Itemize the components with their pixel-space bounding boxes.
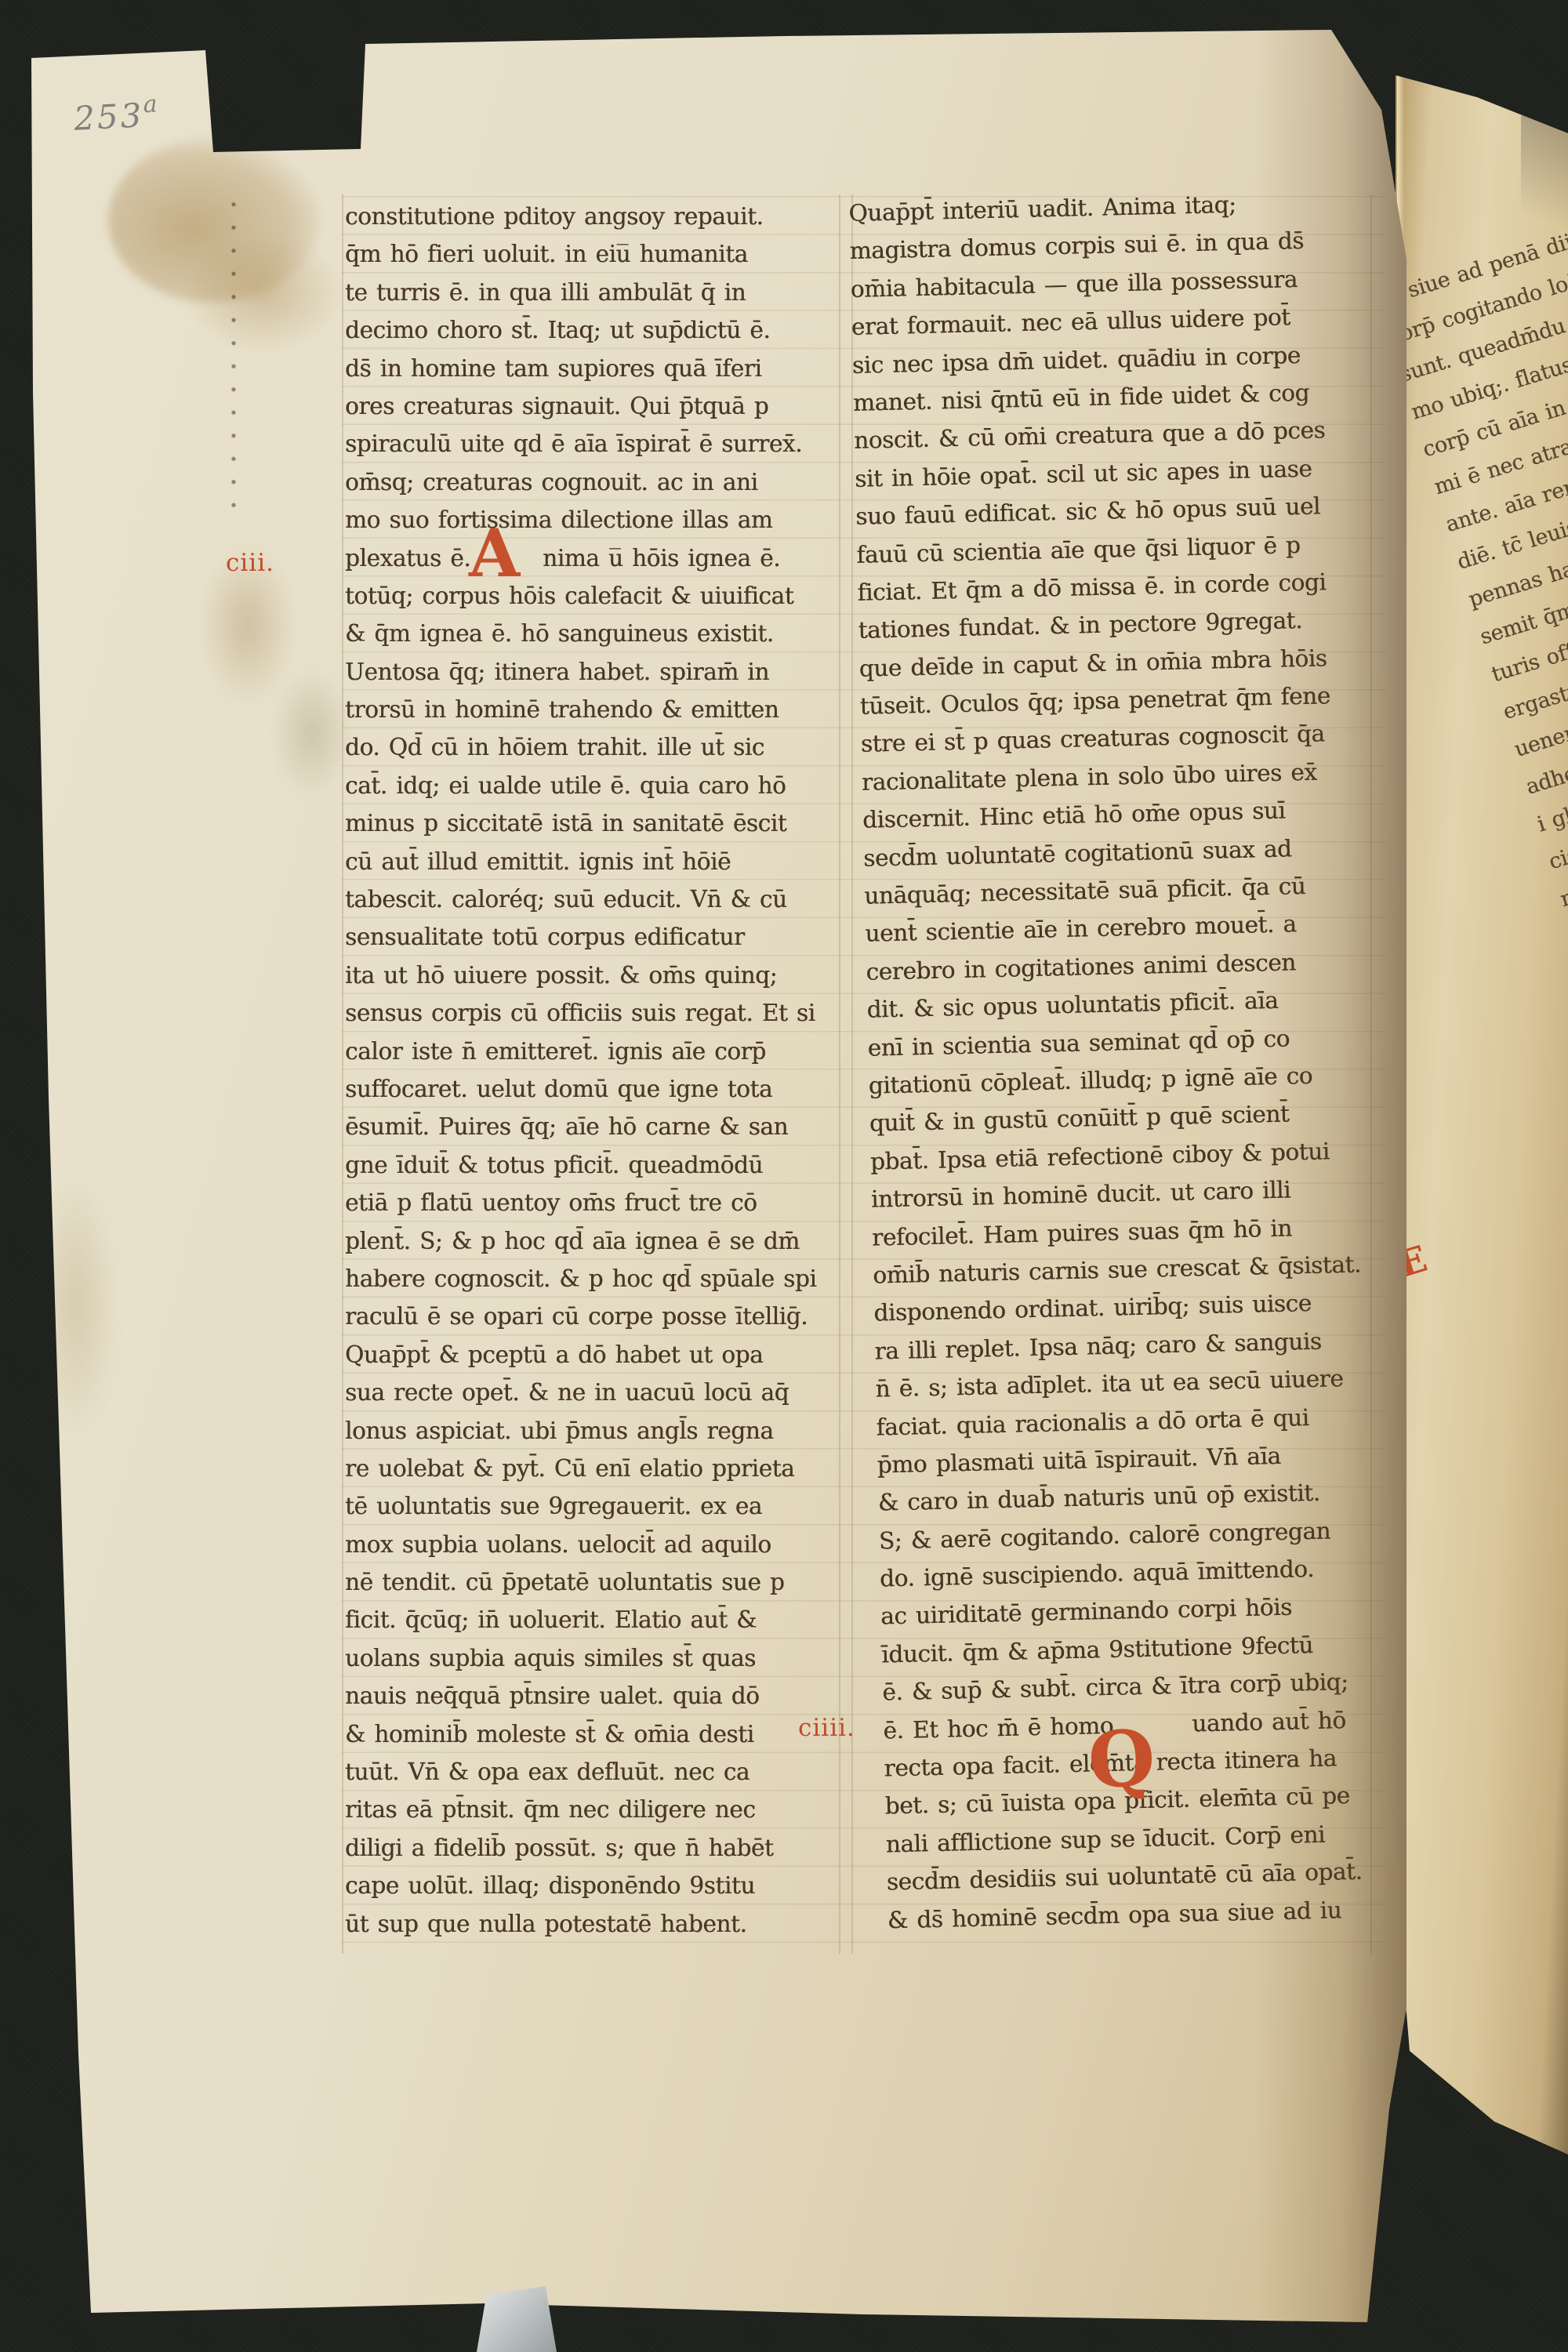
manuscript-text-line: te turris ē. in qua illi ambulāt q̄ in bbox=[345, 274, 853, 311]
chapter-number-ciii: ciii. bbox=[226, 549, 274, 577]
manuscript-text-line: plent̄. S; & p hoc qd̄ aīa ignea ē se dm… bbox=[345, 1222, 853, 1260]
manuscript-text-line: ficit. q̄cūq; in̄ uoluerit. Elatio aut̄ … bbox=[345, 1601, 853, 1639]
manuscript-text-line: sensualitate totū corpus edificatur bbox=[345, 918, 853, 956]
manuscript-text-line: Uentosa q̄q; itinera habet. spiram̄ in bbox=[345, 653, 853, 691]
prick-marks bbox=[229, 193, 238, 518]
manuscript-text-line: trorsū in hominē trahendo & emitten bbox=[345, 691, 853, 728]
rubric-initial-q: Q bbox=[1086, 1720, 1156, 1800]
manuscript-text-line: plexatus ē. nima u̅ hōis ignea ē. bbox=[345, 539, 853, 577]
manuscript-text-line: sensus corpis cū officiis suis regat. Et… bbox=[345, 994, 853, 1032]
manuscript-text-line: & hominib̄ moleste st̄ & om̄ia desti bbox=[345, 1715, 853, 1753]
manuscript-text-line: nē tendit. cū p̄petatē uoluntatis sue p bbox=[345, 1563, 853, 1601]
manuscript-text-line: tuūt. Vn̄ & opa eax defluūt. nec ca bbox=[345, 1753, 853, 1791]
manuscript-text-line: cū aut̄ illud emittit. ignis int̄ hōiē bbox=[345, 843, 853, 880]
manuscript-text-line: etiā p flatū uentoy om̄s fruct̄ tre cō bbox=[345, 1184, 853, 1221]
manuscript-text-line: cape uolūt. illaq; disponēndo 9stitu bbox=[345, 1867, 853, 1904]
manuscript-text-line: decimo choro st̄. Itaq; ut sup̄dictū ē. bbox=[345, 311, 853, 349]
manuscript-text-line: ores creaturas signauit. Qui p̄tquā p bbox=[345, 387, 853, 425]
manuscript-text-line: mox supbia uolans. uelocit̄ ad aquilo bbox=[345, 1526, 853, 1563]
manuscript-text-line: re uolebat & pyt̄. Cū enī elatio pprieta bbox=[345, 1450, 853, 1487]
manuscript-text-line: constitutione pditoy angsoy repauit. bbox=[345, 198, 853, 235]
manuscript-text-line: suffocaret. uelut domū que igne tota bbox=[345, 1070, 853, 1108]
manuscript-text-line: sua recte opet̄. & ne in uacuū locū aq̄ bbox=[345, 1374, 853, 1411]
folio-number-pencil: 253a bbox=[73, 90, 162, 138]
manuscript-page: 253a constitutione pditoy angsoy repauit… bbox=[0, 0, 1568, 2352]
manuscript-text-line: Quap̄pt̄ & pceptū a dō habet ut opa bbox=[345, 1336, 853, 1374]
manuscript-text-line: gne īduit̄ & totus pficit̄. queadmōdū bbox=[345, 1146, 853, 1184]
parchment-stain bbox=[274, 673, 349, 794]
manuscript-text-line: mo suo fortissima dilectione illas am bbox=[345, 501, 853, 539]
manuscript-text-line: om̄sq; creaturas cognouit. ac in ani bbox=[345, 463, 853, 501]
manuscript-text-line: ritas eā pt̄nsit. q̄m nec diligere nec bbox=[345, 1791, 853, 1828]
manuscript-text-line: nauis neq̄quā pt̄nsire ualet. quia dō bbox=[345, 1677, 853, 1715]
manuscript-text-line: tē uoluntatis sue 9gregauerit. ex ea bbox=[345, 1487, 853, 1525]
manuscript-text-line: habere cognoscit. & p hoc qd̄ spūale spi bbox=[345, 1260, 853, 1298]
manuscript-text-line: minus p siccitatē istā in sanitatē ēscit bbox=[345, 804, 853, 842]
text-column-left: constitutione pditoy angsoy repauit.q̄m … bbox=[345, 198, 853, 1943]
folio-digits: 253 bbox=[73, 96, 145, 138]
manuscript-text-line: lonus aspiciat. ubi p̄mus angl̄s regna bbox=[345, 1412, 853, 1450]
manuscript-text-line: spiraculū uite qd ē aīa īspirat̄ ē surre… bbox=[345, 425, 853, 463]
ruling-vertical bbox=[342, 194, 343, 1954]
next-folio-text: cā siue ad penā diiudicat. Et acorp̄ cog… bbox=[1396, 126, 1568, 1932]
manuscript-text-line: q̄m hō fieri uoluit. in eiu̅ humanita bbox=[345, 235, 853, 273]
gutter-shadow bbox=[1254, 0, 1411, 2352]
manuscript-text-line: ūt sup que nulla potestatē habent. bbox=[345, 1905, 853, 1943]
manuscript-text-line: calor iste n̄ emitteret̄. ignis aīe corp… bbox=[345, 1033, 853, 1070]
manuscript-text-line: tabescit. caloréq; suū educit. Vn̄ & cū bbox=[345, 880, 853, 918]
manuscript-text-line: ds̄ in homine tam supiores quā īferi bbox=[345, 350, 853, 387]
manuscript-text-line: uolans supbia aquis similes st̄ quas bbox=[345, 1639, 853, 1677]
manuscript-text-line: totūq; corpus hōis calefacit & uiuificat bbox=[345, 577, 853, 615]
manuscript-text-line: diligi a fidelib̄ possūt. s; que n̄ habē… bbox=[345, 1829, 853, 1867]
manuscript-text-line: cat̄. idq; ei ualde utile ē. quia caro h… bbox=[345, 767, 853, 804]
parchment-stain bbox=[187, 234, 339, 351]
chapter-number-ciiii: ciiii. bbox=[798, 1714, 855, 1742]
manuscript-text-line: ita ut hō uiuere possit. & om̄s quinq; bbox=[345, 956, 853, 994]
rubric-initial-a: A bbox=[469, 521, 520, 586]
manuscript-text-line: raculū ē se opari cū corpe posse ītelliḡ… bbox=[345, 1298, 853, 1335]
manuscript-photo: cā siue ad penā diiudicat. Et acorp̄ cog… bbox=[0, 0, 1568, 2352]
folio-suffix: a bbox=[143, 90, 161, 118]
manuscript-text-line: ēsumit̄. Puires q̄q; aīe hō carne & san bbox=[345, 1108, 853, 1145]
manuscript-text-line: do. Qd̄ cū in hōiem trahit. ille ut̄ sic bbox=[345, 728, 853, 766]
manuscript-text-line: & q̄m ignea ē. hō sanguineus existit. bbox=[345, 615, 853, 652]
book-cradle-weight bbox=[477, 2286, 557, 2352]
next-folio-edge: cā siue ad penā diiudicat. Et acorp̄ cog… bbox=[1396, 0, 1568, 2352]
